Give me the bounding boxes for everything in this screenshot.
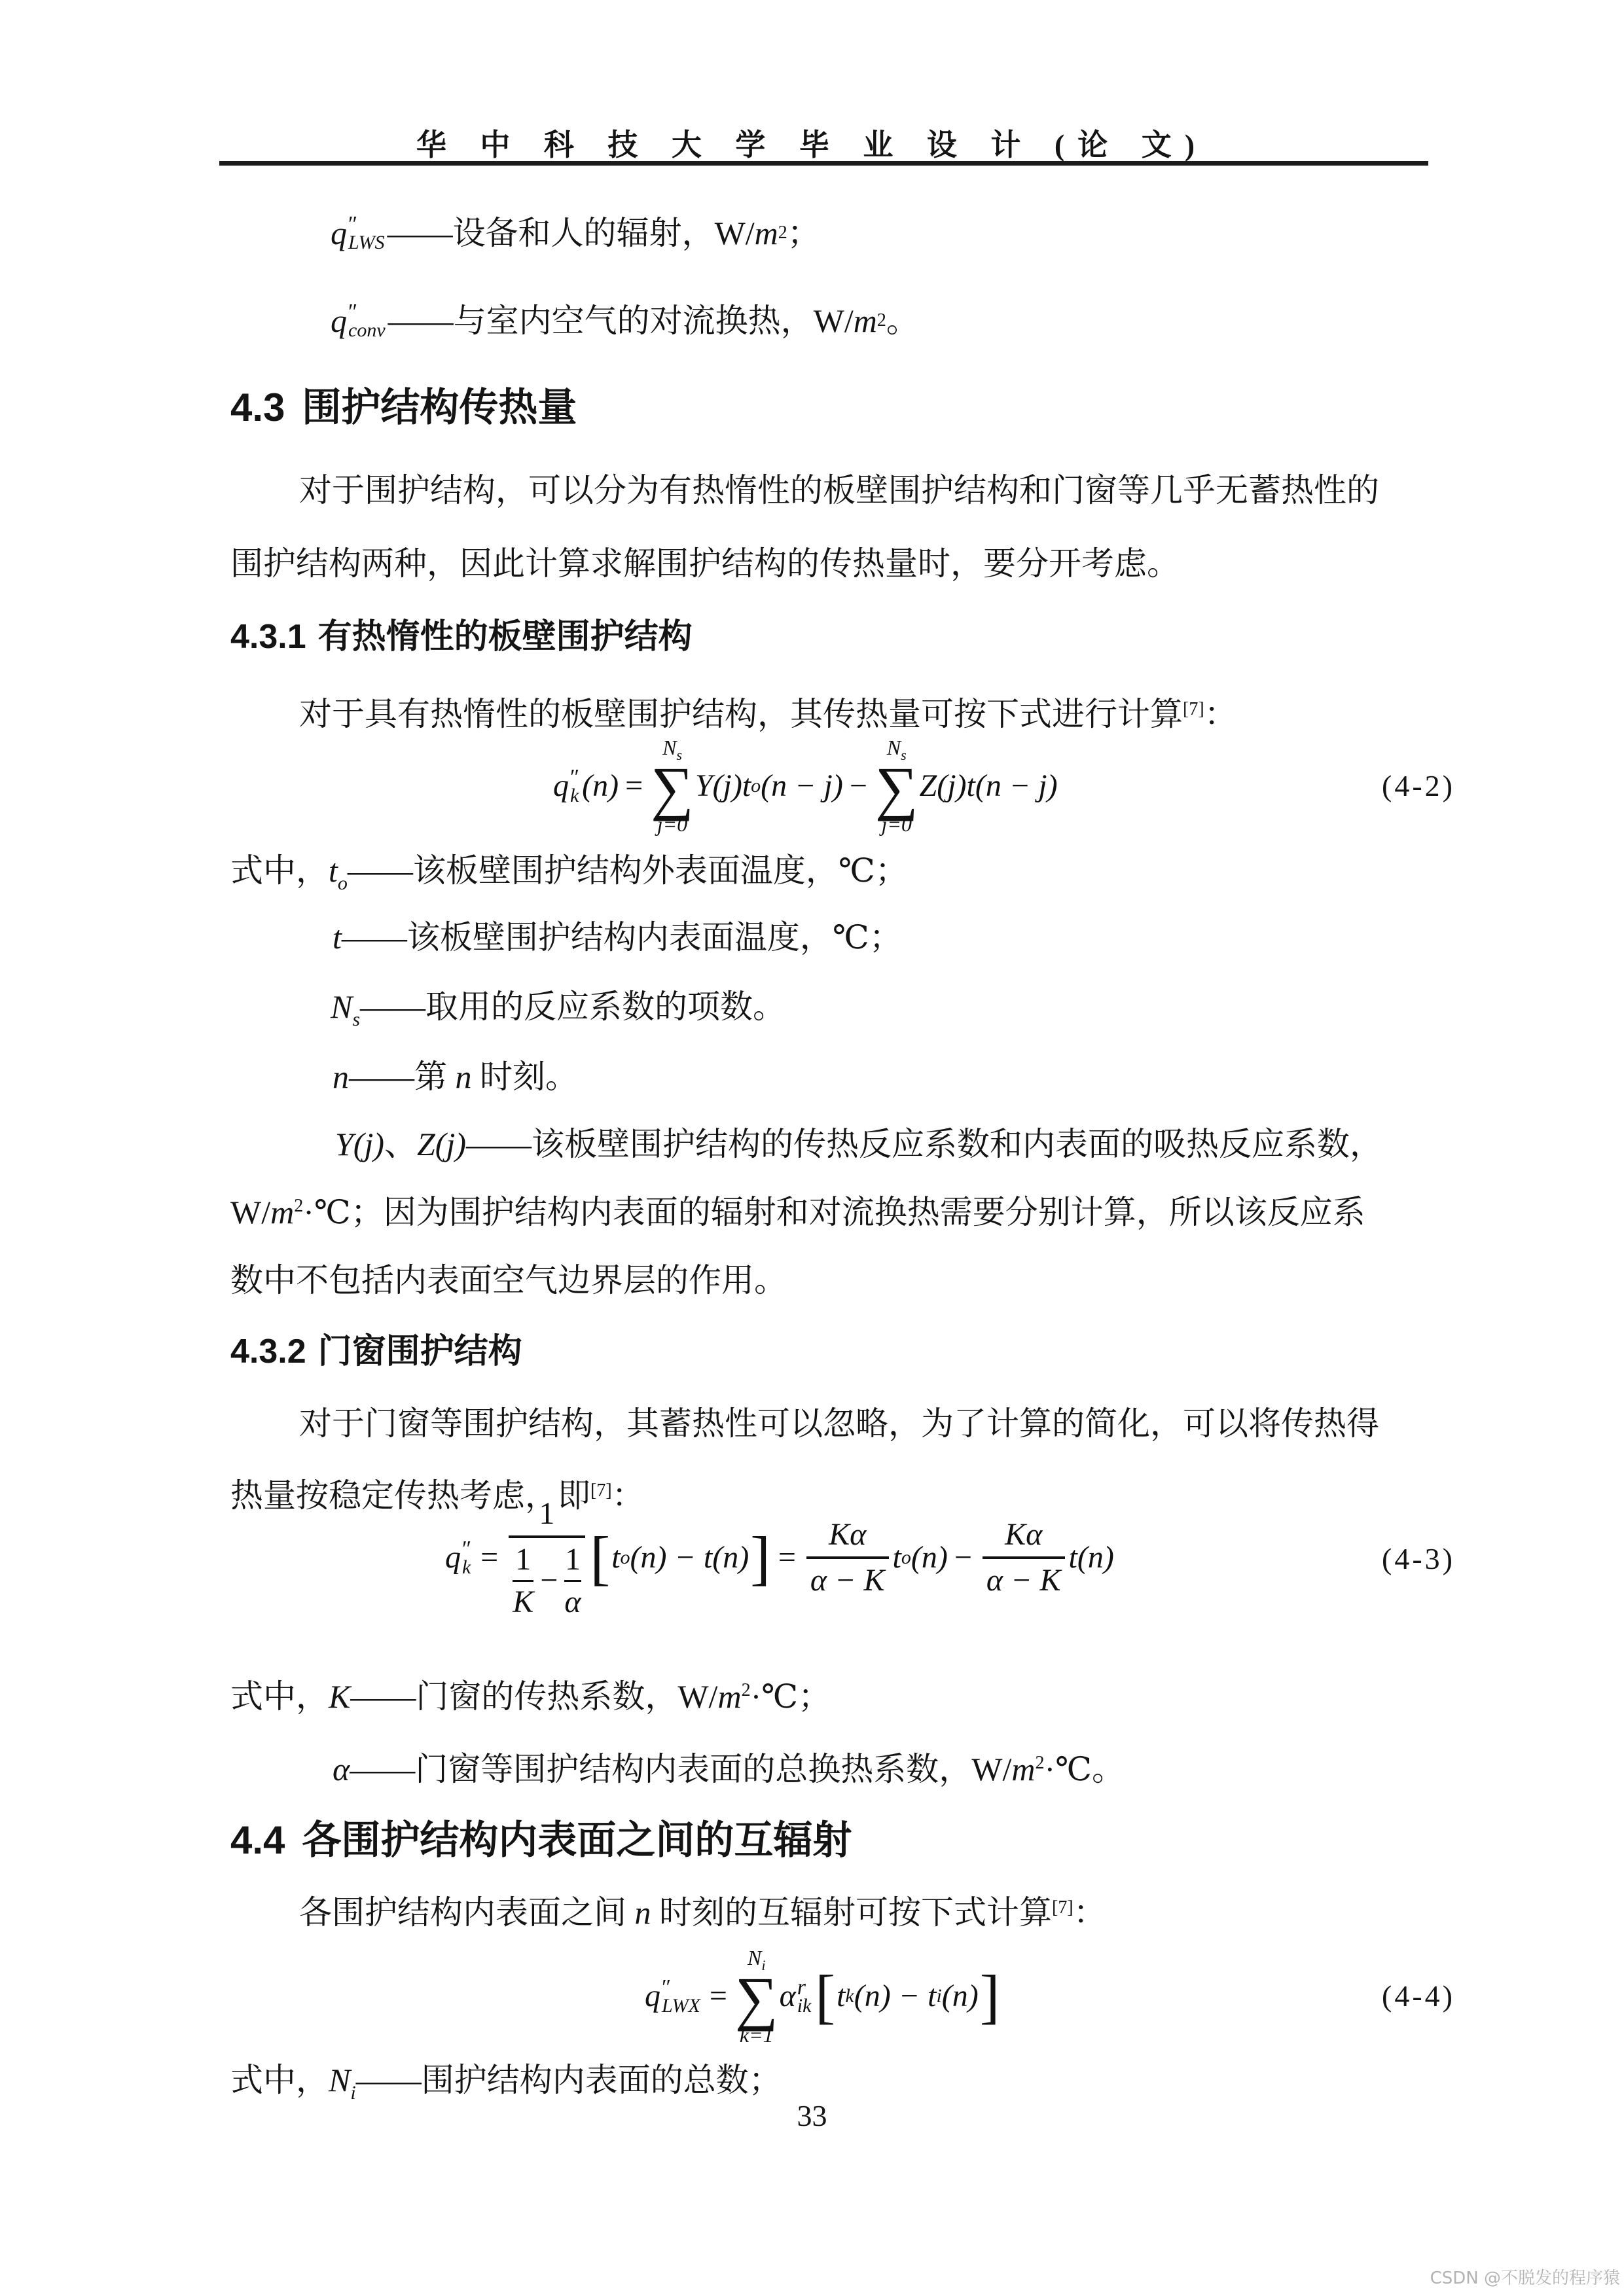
separator: 、 <box>384 1126 417 1162</box>
symbol-q: q <box>331 304 347 337</box>
fraction-numerator: Kα <box>1001 1519 1046 1551</box>
symbol-t: t <box>333 919 342 956</box>
subscript-k: k <box>845 1986 854 2006</box>
equals-sign: = <box>474 1542 505 1573</box>
fraction-k-alpha-1: Kαα − K <box>806 1519 889 1596</box>
q-scripts: ″k <box>570 766 579 806</box>
sigma-icon: ∑ <box>735 1973 778 2024</box>
paragraph-line: 对于门窗等围护结构，其蓄热性可以忽略，为了计算的简化，可以将传热得 <box>299 1407 1379 1440</box>
mini-num: 1 <box>565 1544 581 1575</box>
unit-m: m <box>854 304 877 337</box>
fraction-numerator: Kα <box>825 1519 870 1551</box>
symbol-zj: Z(j) <box>417 1126 466 1162</box>
symbol-q: q <box>445 1542 461 1573</box>
equals-sign: = <box>772 1542 803 1573</box>
right-bracket: ] <box>749 1531 772 1585</box>
page-header-title: 华 中 科 技 大 学 毕 业 设 计 (论 文) <box>0 128 1624 162</box>
term-line-conv: q″conv ——与室内空气的对流换热，W/m2。 <box>331 296 919 346</box>
sum-lower-limit: j=0 <box>881 814 911 834</box>
subscript-k: k <box>462 1558 471 1577</box>
summation: Ni∑k=1 <box>735 1947 778 2045</box>
term-arg: (n − j) <box>761 770 843 802</box>
symbol-t: t <box>893 1542 901 1573</box>
unit-m: m <box>717 1678 741 1715</box>
shizhong-label: 式中， <box>230 2062 329 2098</box>
symbol-t: t <box>611 1542 620 1573</box>
definition-line: 数中不包括内表面空气边界层的作用。 <box>230 1264 787 1297</box>
term-lws-tail: ； <box>787 217 820 249</box>
definition-text: ——围护结构内表面的总数； <box>356 2062 782 2098</box>
equals-sign: = <box>619 770 649 802</box>
paragraph-line: 各围护结构内表面之间 n 时刻的互辐射可按下式计算[7]： <box>299 1896 1106 1929</box>
definition-line: W/m2·℃；因为围护结构内表面的辐射和对流换热需要分别计算，所以该反应系 <box>230 1196 1365 1229</box>
term-zj-t: Z(j)t(n − j) <box>920 770 1058 802</box>
fraction-k-alpha-2: Kαα − K <box>983 1519 1065 1596</box>
definition-text: 时刻。 <box>472 1058 579 1095</box>
symbol-alpha: α <box>333 1751 350 1787</box>
symbol-n: n <box>635 1894 651 1931</box>
unit-exponent: 2 <box>1035 1753 1044 1773</box>
mini-num: 1 <box>515 1544 531 1575</box>
unit-tail: ·℃； <box>751 1678 831 1715</box>
paragraph-line: 对于围护结构，可以分为有热惰性的板壁围护结构和门窗等几乎无蓄热性的 <box>299 474 1379 507</box>
subsection-heading-4-3-2: 4.3.2门窗围护结构 <box>230 1335 522 1369</box>
sum-lower-limit: k=1 <box>740 2024 774 2045</box>
equation-4-2: q″k(n) = Ns∑j=0 Y(j)to(n − j) − Ns∑j=0 Z… <box>553 725 1058 846</box>
definition-text: 因为围护结构内表面的辐射和对流换热需要分别计算，所以该反应系 <box>384 1194 1365 1230</box>
prime-mark: ″ <box>348 213 357 233</box>
summation-1: Ns∑j=0 <box>651 737 694 834</box>
fraction-denominator: α − K <box>806 1565 889 1596</box>
symbol-n-cap: N <box>331 988 352 1025</box>
unit-w: W/ <box>814 304 854 337</box>
equation-label-4-4: (4-4) <box>1382 1980 1455 2013</box>
subscript-ik: ik <box>797 1996 812 2016</box>
term-t-n: t(n) <box>1069 1542 1114 1573</box>
paragraph-text: 各围护结构内表面之间 <box>299 1894 635 1931</box>
term-line-lws: q″LWS ——设备和人的辐射，W/m2； <box>331 208 820 258</box>
symbol-n-cap: N <box>329 2062 350 2098</box>
shizhong-label: 式中， <box>230 1678 329 1715</box>
definition-text: ——该板壁围护结构的传热反应系数和内表面的吸热反应系数， <box>466 1126 1382 1162</box>
fraction-bar <box>513 1580 533 1582</box>
symbol-alpha: α <box>780 1981 796 2012</box>
paragraph-line: 围护结构两种，因此计算求解围护结构的传热量时，要分开考虑。 <box>230 547 1180 580</box>
citation-ref: [7] <box>1052 1897 1074 1918</box>
symbol-q-lws-scripts: ″LWS <box>348 213 385 253</box>
unit-w: W/ <box>677 1678 717 1715</box>
shizhong-label: 式中， <box>230 852 329 889</box>
section-number: 4.4 <box>230 1818 285 1862</box>
q-scripts: ″LWX <box>662 1977 700 2016</box>
section-number: 4.3 <box>230 386 285 429</box>
equals-sign: = <box>703 1981 734 2012</box>
unit-m: m <box>270 1194 294 1230</box>
bracket-terms: (n) − t(n) <box>630 1542 749 1573</box>
argument-n: (n) <box>582 770 619 802</box>
symbol-t: t <box>329 852 338 889</box>
header-rule <box>219 161 1428 166</box>
symbol-n: n <box>456 1058 472 1095</box>
term-conv-desc: ——与室内空气的对流换热， <box>388 304 814 337</box>
equation-4-4: q″LWX = Ni∑k=1 αrik [tk(n) − ti(n)] <box>645 1941 1001 2052</box>
definition-text: ——该板壁围护结构内表面温度，℃； <box>342 919 902 956</box>
section-heading-4-3: 4.3围护结构传热量 <box>230 388 577 427</box>
equation-label-4-3: (4-3) <box>1382 1543 1455 1575</box>
fraction-numerator: 1 <box>535 1498 558 1530</box>
unit-m: m <box>755 217 778 249</box>
page-number: 33 <box>0 2100 1624 2132</box>
unit-exponent: 2 <box>742 1680 751 1700</box>
right-bracket: ] <box>979 1969 1001 2024</box>
subscript-i: i <box>936 1986 941 2006</box>
section-title: 各围护结构内表面之间的互辐射 <box>302 1818 852 1862</box>
definition-text: ——取用的反应系数的项数。 <box>360 988 785 1025</box>
definition-line: 式中，to——该板壁围护结构外表面温度，℃； <box>230 854 908 893</box>
argument-n: (n) <box>942 1981 979 2012</box>
definition-line: 式中，Ni——围护结构内表面的总数； <box>230 2064 782 2103</box>
mini-den-alpha: α <box>564 1587 581 1618</box>
thesis-page: 华 中 科 技 大 学 毕 业 设 计 (论 文) q″LWS ——设备和人的辐… <box>0 0 1624 2296</box>
sigma-icon: ∑ <box>651 762 694 814</box>
definition-line: α——门窗等围护结构内表面的总换热系数，W/m2·℃。 <box>333 1753 1125 1785</box>
definition-text: ——门窗的传热系数， <box>350 1678 677 1715</box>
unit-exponent: 2 <box>877 312 886 330</box>
definition-line: Ns——取用的反应系数的项数。 <box>331 990 785 1030</box>
left-bracket: [ <box>589 1531 612 1585</box>
paragraph-text: 时刻的互辐射可按下式计算 <box>651 1894 1053 1931</box>
section-title: 围护结构传热量 <box>302 386 577 429</box>
minus-sign: − <box>948 1542 979 1573</box>
unit-exponent: 2 <box>294 1196 303 1216</box>
prime-mark: ″ <box>348 301 357 321</box>
fraction-bar <box>806 1556 889 1559</box>
symbol-n: n <box>333 1058 349 1095</box>
summation-2: Ns∑j=0 <box>875 737 918 834</box>
section-heading-4-4: 4.4各围护结构内表面之间的互辐射 <box>230 1821 852 1860</box>
symbol-q: q <box>645 1981 660 2012</box>
paragraph-tail: ： <box>1074 1894 1106 1931</box>
equation-4-3: q″k = 1 1K − 1α [to(n) − t(n)] = Kαα − K… <box>445 1476 1114 1640</box>
superscript-r: r <box>797 1977 806 1996</box>
minus-sign: − <box>533 1565 564 1596</box>
sigma-icon: ∑ <box>875 762 918 814</box>
subsection-heading-4-3-1: 4.3.1有热惰性的板壁围护结构 <box>230 620 693 654</box>
prime-mark: ″ <box>662 1977 671 1996</box>
subsection-number: 4.3.1 <box>230 618 306 656</box>
mini-fraction-1-over-k: 1K <box>513 1544 533 1618</box>
subscript-o: o <box>751 776 761 796</box>
sum-lower-limit: j=0 <box>657 814 687 834</box>
unit-exponent: 2 <box>778 224 787 242</box>
subscript-o: o <box>338 872 348 894</box>
subscript-k: k <box>570 786 579 806</box>
definition-text: ——门窗等围护结构内表面的总换热系数， <box>350 1751 971 1787</box>
alpha-scripts: rik <box>797 1977 812 2016</box>
unit-w: W/ <box>230 1194 270 1230</box>
symbol-yj: Y(j) <box>335 1126 384 1162</box>
term-lws-desc: ——设备和人的辐射， <box>388 217 715 249</box>
argument-n: (n) <box>911 1542 948 1573</box>
fraction-bar <box>509 1535 585 1538</box>
symbol-q: q <box>553 770 569 802</box>
q-scripts: ″k <box>462 1538 471 1577</box>
symbol-q-conv-scripts: ″conv <box>348 301 386 340</box>
definition-line: n——第 n 时刻。 <box>333 1060 578 1093</box>
subscript-o: o <box>621 1548 630 1568</box>
subsection-title: 门窗围护结构 <box>318 1333 522 1371</box>
symbol-t: t <box>837 1981 845 2012</box>
bracket-terms: (n) − t <box>854 1981 937 2012</box>
unit-tail: ·℃； <box>303 1194 384 1230</box>
symbol-q: q <box>331 217 347 249</box>
definition-line: t——该板壁围护结构内表面温度，℃； <box>333 921 902 954</box>
prime-mark: ″ <box>462 1538 471 1558</box>
definition-text: ——第 <box>349 1058 456 1095</box>
paragraph-tail: ： <box>1204 696 1237 732</box>
definition-text: ——该板壁围护结构外表面温度，℃； <box>348 852 908 889</box>
subscript-lws: LWS <box>348 233 385 253</box>
definition-line: 式中，K——门窗的传热系数，W/m2·℃； <box>230 1680 831 1713</box>
unit-w: W/ <box>715 217 755 249</box>
big-fraction: 1 1K − 1α <box>509 1498 585 1618</box>
unit-tail: ·℃。 <box>1044 1751 1125 1787</box>
mini-fraction-1-over-alpha: 1α <box>564 1544 581 1618</box>
definition-line: Y(j)、Z(j)——该板壁围护结构的传热反应系数和内表面的吸热反应系数， <box>335 1128 1382 1160</box>
fraction-bar <box>564 1580 581 1582</box>
subscript-s: s <box>352 1009 360 1030</box>
term-yj-t: Y(j)t <box>695 770 751 802</box>
equation-label-4-2: (4-2) <box>1382 770 1455 802</box>
subsection-title: 有热惰性的板壁围护结构 <box>318 618 693 656</box>
minus-sign: − <box>843 770 874 802</box>
fraction-bar <box>983 1556 1065 1559</box>
csdn-watermark: CSDN @不脱发的程序猿 <box>1430 2269 1620 2288</box>
subscript-lwx: LWX <box>662 1996 700 2016</box>
citation-ref: [7] <box>1183 699 1204 719</box>
fraction-denominator: 1K − 1α <box>509 1544 585 1618</box>
subscript-o: o <box>901 1548 911 1568</box>
subsection-number: 4.3.2 <box>230 1333 306 1371</box>
unit-m: m <box>1011 1751 1035 1787</box>
prime-mark: ″ <box>570 766 579 786</box>
term-conv-tail: 。 <box>886 304 919 337</box>
symbol-k-cap: K <box>329 1678 350 1715</box>
unit-w: W/ <box>971 1751 1011 1787</box>
fraction-denominator: α − K <box>983 1565 1065 1596</box>
mini-den-k: K <box>513 1587 533 1618</box>
left-bracket: [ <box>814 1969 837 2024</box>
subscript-conv: conv <box>348 321 386 340</box>
